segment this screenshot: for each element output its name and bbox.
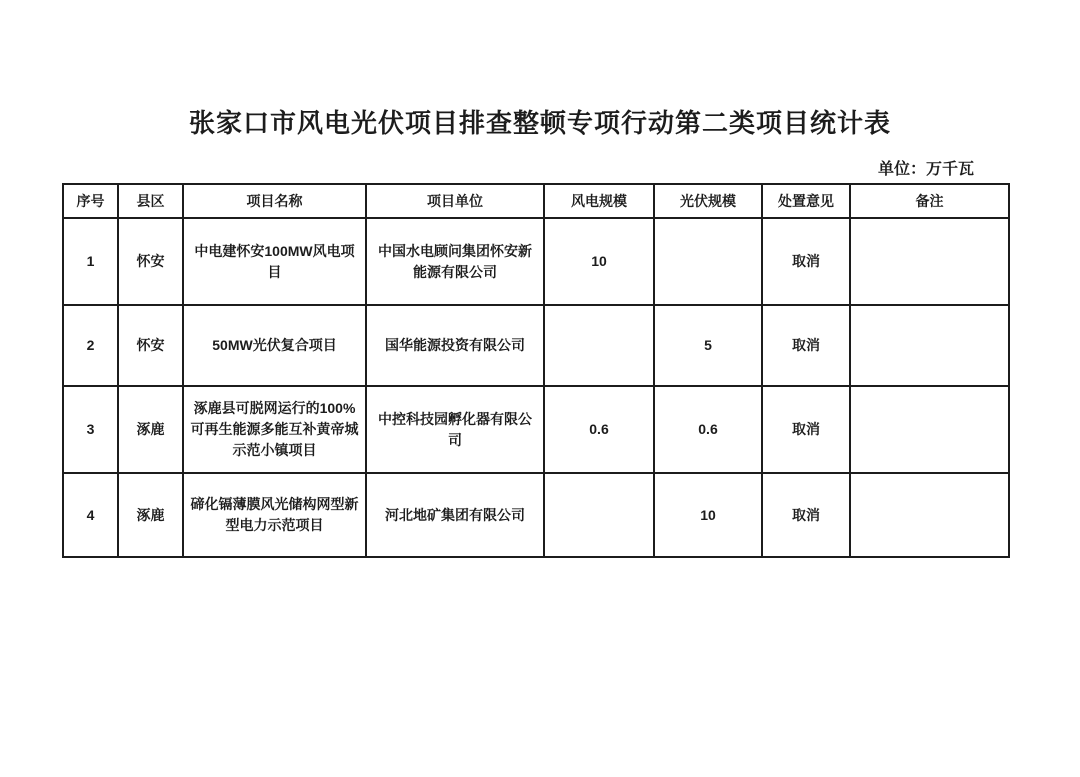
cell-project-name: 涿鹿县可脱网运行的100%可再生能源多能互补黄帝城示范小镇项目 xyxy=(183,386,366,473)
cell-project-name: 中电建怀安100MW风电项目 xyxy=(183,218,366,305)
cell-county: 涿鹿 xyxy=(118,473,183,557)
document-page: 张家口市风电光伏项目排查整顿专项行动第二类项目统计表 单位：万千瓦 序号 县区 … xyxy=(0,0,1080,777)
cell-pv-scale: 10 xyxy=(654,473,762,557)
table-row: 4 涿鹿 碲化镉薄膜风光储构网型新型电力示范项目 河北地矿集团有限公司 10 取… xyxy=(63,473,1009,557)
header-cell-remark: 备注 xyxy=(850,184,1009,218)
cell-seq: 3 xyxy=(63,386,118,473)
table-row: 1 怀安 中电建怀安100MW风电项目 中国水电顾问集团怀安新能源有限公司 10… xyxy=(63,218,1009,305)
header-cell-seq: 序号 xyxy=(63,184,118,218)
table-row: 3 涿鹿 涿鹿县可脱网运行的100%可再生能源多能互补黄帝城示范小镇项目 中控科… xyxy=(63,386,1009,473)
header-cell-pv-scale: 光伏规模 xyxy=(654,184,762,218)
table-row: 2 怀安 50MW光伏复合项目 国华能源投资有限公司 5 取消 xyxy=(63,305,1009,386)
cell-pv-scale: 5 xyxy=(654,305,762,386)
unit-label: 单位：万千瓦 xyxy=(62,156,974,179)
cell-wind-scale xyxy=(544,473,654,557)
cell-pv-scale xyxy=(654,218,762,305)
header-cell-project-unit: 项目单位 xyxy=(366,184,544,218)
cell-project-unit: 河北地矿集团有限公司 xyxy=(366,473,544,557)
cell-remark xyxy=(850,305,1009,386)
cell-remark xyxy=(850,218,1009,305)
page-title: 张家口市风电光伏项目排查整顿专项行动第二类项目统计表 xyxy=(0,103,1080,140)
cell-project-unit: 国华能源投资有限公司 xyxy=(366,305,544,386)
cell-project-name: 50MW光伏复合项目 xyxy=(183,305,366,386)
cell-disposal: 取消 xyxy=(762,473,850,557)
cell-project-name: 碲化镉薄膜风光储构网型新型电力示范项目 xyxy=(183,473,366,557)
cell-seq: 1 xyxy=(63,218,118,305)
cell-pv-scale: 0.6 xyxy=(654,386,762,473)
header-cell-disposal: 处置意见 xyxy=(762,184,850,218)
projects-table: 序号 县区 项目名称 项目单位 风电规模 光伏规模 处置意见 备注 1 怀安 中… xyxy=(62,183,1010,558)
cell-disposal: 取消 xyxy=(762,305,850,386)
header-cell-project-name: 项目名称 xyxy=(183,184,366,218)
table-header-row: 序号 县区 项目名称 项目单位 风电规模 光伏规模 处置意见 备注 xyxy=(63,184,1009,218)
cell-disposal: 取消 xyxy=(762,218,850,305)
cell-remark xyxy=(850,386,1009,473)
cell-project-unit: 中控科技园孵化器有限公司 xyxy=(366,386,544,473)
cell-wind-scale: 0.6 xyxy=(544,386,654,473)
cell-county: 怀安 xyxy=(118,218,183,305)
header-cell-county: 县区 xyxy=(118,184,183,218)
cell-wind-scale: 10 xyxy=(544,218,654,305)
cell-seq: 4 xyxy=(63,473,118,557)
cell-county: 怀安 xyxy=(118,305,183,386)
cell-project-unit: 中国水电顾问集团怀安新能源有限公司 xyxy=(366,218,544,305)
header-cell-wind-scale: 风电规模 xyxy=(544,184,654,218)
cell-wind-scale xyxy=(544,305,654,386)
cell-seq: 2 xyxy=(63,305,118,386)
cell-remark xyxy=(850,473,1009,557)
cell-county: 涿鹿 xyxy=(118,386,183,473)
cell-disposal: 取消 xyxy=(762,386,850,473)
